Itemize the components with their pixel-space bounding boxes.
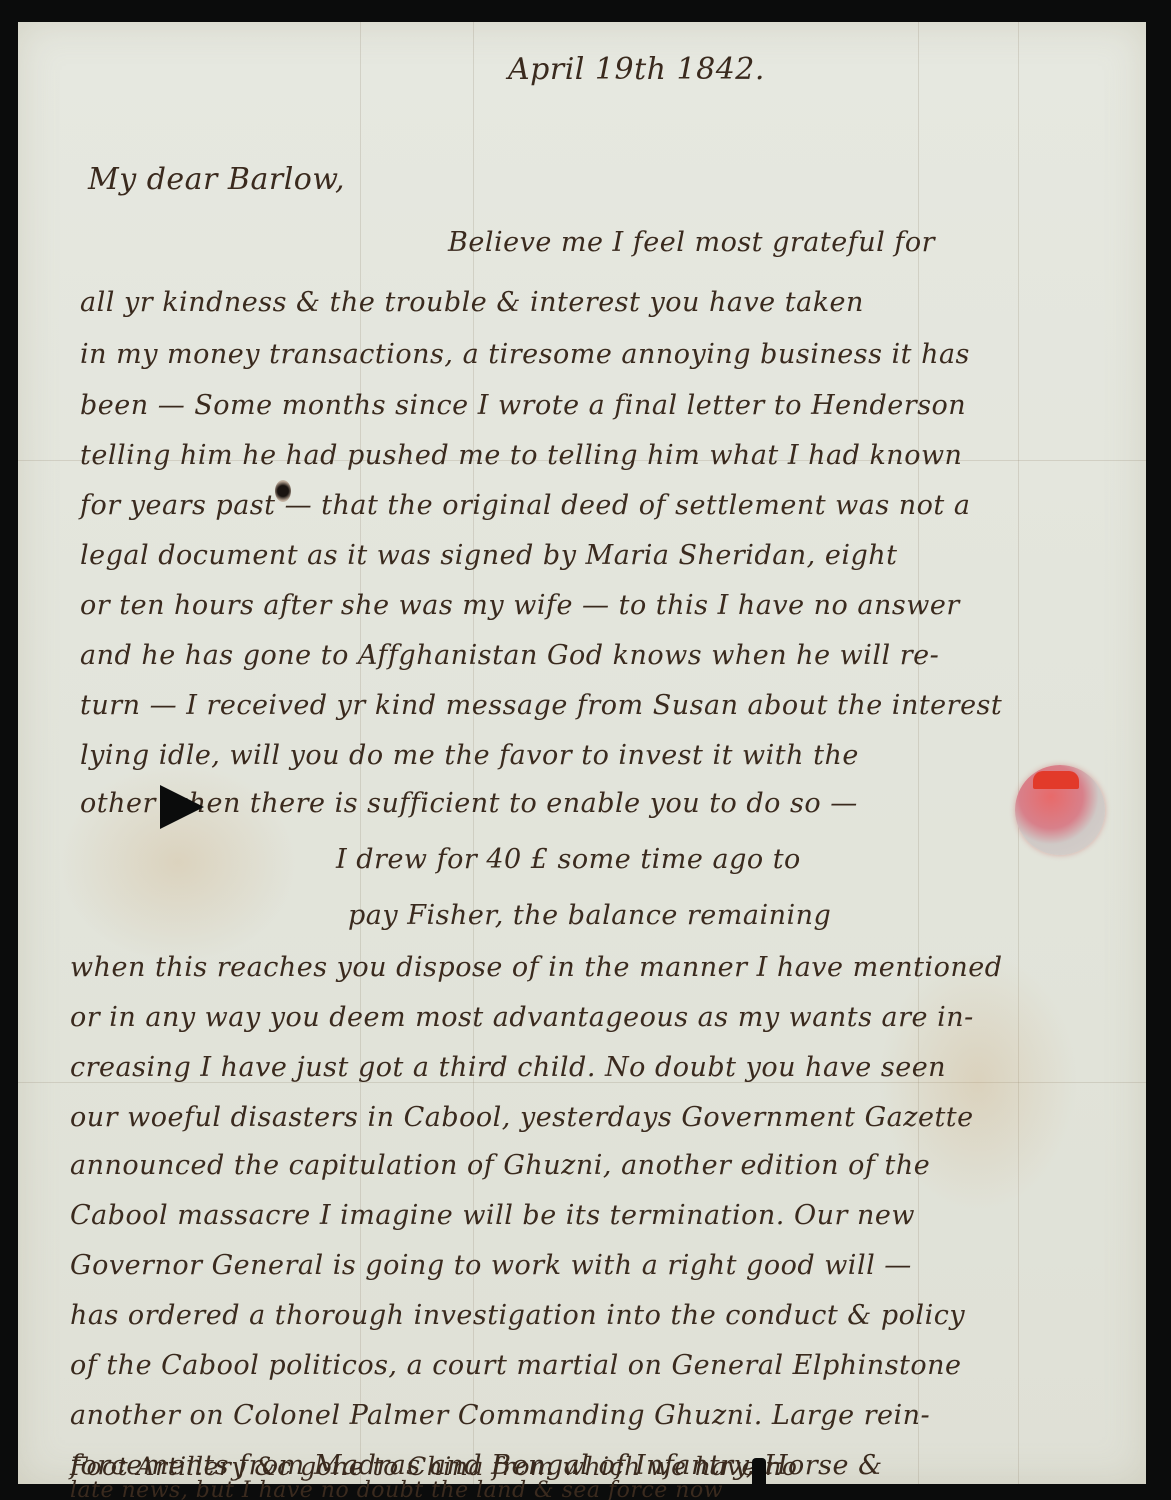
letter-line: has ordered a thorough investigation int… <box>70 1300 965 1331</box>
letter-line: when this reaches you dispose of in the … <box>70 952 1002 983</box>
letter-line: and he has gone to Affghanistan God know… <box>80 640 939 671</box>
paper-notch <box>752 1458 766 1484</box>
letter-line: Believe me I feel most grateful for <box>448 227 935 258</box>
letter-line: turn — I received yr kind message from S… <box>80 690 1002 721</box>
letter-line: Foot Artillery &c gone to China from whi… <box>70 1452 797 1481</box>
letter-line: another on Colonel Palmer Commanding Ghu… <box>70 1400 930 1431</box>
letter-line: of the Cabool politicos, a court martial… <box>70 1350 962 1381</box>
burn-hole <box>275 480 291 502</box>
letter-line: pay Fisher, the balance remaining <box>348 900 831 931</box>
letter-line: for years past — that the original deed … <box>80 490 970 521</box>
letter-line: telling him he had pushed me to telling … <box>80 440 962 471</box>
letter-line: I drew for 40 £ some time ago to <box>336 844 801 875</box>
letter-line: all yr kindness & the trouble & interest… <box>80 287 864 318</box>
letter-line: or in any way you deem most advantageous… <box>70 1002 974 1033</box>
letter-line: our woeful disasters in Cabool, yesterda… <box>70 1102 974 1133</box>
letter-line: late news, but I have no doubt the land … <box>70 1478 723 1500</box>
letter-line: Governor General is going to work with a… <box>70 1250 912 1281</box>
letter-line: Cabool massacre I imagine will be its te… <box>70 1200 915 1231</box>
letter-line: legal document as it was signed by Maria… <box>80 540 898 571</box>
letter-line: or ten hours after she was my wife — to … <box>80 590 960 621</box>
letter-salutation: My dear Barlow, <box>88 162 345 197</box>
letter-page: April 19th 1842. My dear Barlow, Believe… <box>18 22 1146 1484</box>
letter-line: lying idle, will you do me the favor to … <box>80 740 859 771</box>
letter-line: creasing I have just got a third child. … <box>70 1052 946 1083</box>
letter-line: announced the capitulation of Ghuzni, an… <box>70 1150 930 1181</box>
letter-line: been — Some months since I wrote a final… <box>80 390 966 421</box>
letter-date: April 19th 1842. <box>508 52 765 87</box>
letter-line: in my money transactions, a tiresome ann… <box>80 339 970 370</box>
paper-tear <box>160 785 204 829</box>
fold-line <box>1018 22 1019 1484</box>
wax-seal <box>1015 765 1105 855</box>
